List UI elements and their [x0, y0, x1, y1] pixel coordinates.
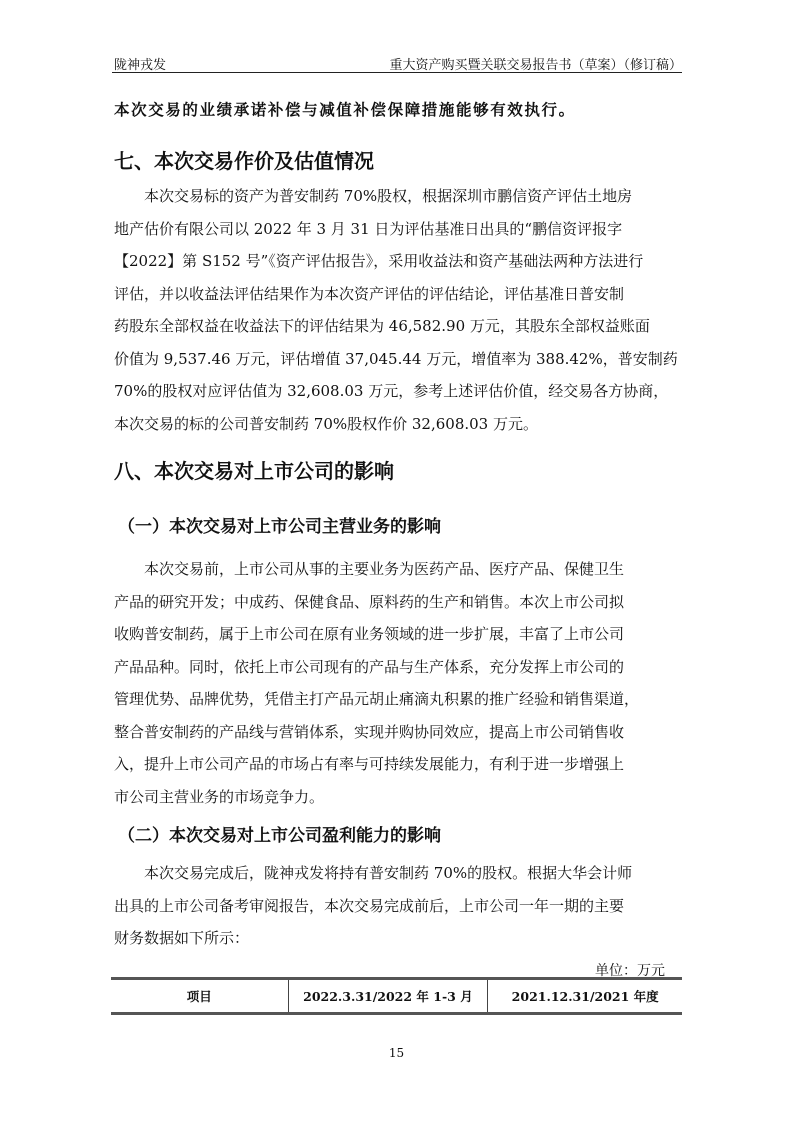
paragraph-line: 产品品种。同时，依托上市公司现有的产品与生产体系，充分发挥上市公司的	[114, 651, 684, 684]
paragraph-line: 整合普安制药的产品线与营销体系，实现并购协同效应，提高上市公司销售收	[114, 716, 684, 749]
financial-data-table: 项目 2022.3.31/2022 年 1-3 月 2021.12.31/202…	[111, 977, 682, 1015]
paragraph-line: 70%的股权对应评估值为 32,608.03 万元，参考上述评估价值，经交易各方…	[114, 375, 684, 408]
section-7-paragraph: 本次交易标的资产为普安制药 70%股权，根据深圳市鹏信资产评估土地房 地产估价有…	[114, 180, 684, 440]
paragraph-line: 【2022】第 S152 号”《资产评估报告》，采用收益法和资产基础法两种方法进…	[114, 245, 684, 278]
paragraph-line: 市公司主营业务的市场竞争力。	[114, 781, 684, 814]
table-header-2021: 2021.12.31/2021 年度	[488, 979, 682, 1014]
section-8-1-title: （一）本次交易对上市公司主营业务的影响	[118, 512, 441, 537]
section-8-title: 八、本次交易对上市公司的影响	[114, 455, 394, 484]
paragraph-line: 财务数据如下所示：	[114, 922, 684, 955]
paragraph-line: 评估，并以收益法评估结果作为本次资产评估的评估结论，评估基准日普安制	[114, 278, 684, 311]
table-header-2022q1: 2022.3.31/2022 年 1-3 月	[288, 979, 488, 1014]
paragraph-line: 本次交易标的资产为普安制药 70%股权，根据深圳市鹏信资产评估土地房	[114, 180, 684, 213]
section-8-1-paragraph: 本次交易前，上市公司从事的主要业务为医药产品、医疗产品、保健卫生 产品的研究开发…	[114, 553, 684, 813]
paragraph-line: 产品的研究开发；中成药、保健食品、原料药的生产和销售。本次上市公司拟	[114, 586, 684, 619]
paragraph-line: 地产估价有限公司以 2022 年 3 月 31 日为评估基准日出具的“鹏信资评报…	[114, 213, 684, 246]
paragraph-line: 本次交易完成后，陇神戎发将持有普安制药 70%的股权。根据大华会计师	[114, 857, 684, 890]
paragraph-line: 本次交易的标的公司普安制药 70%股权作价 32,608.03 万元。	[114, 408, 684, 441]
section-7-title: 七、本次交易作价及估值情况	[114, 145, 374, 174]
paragraph-line: 入，提升上市公司产品的市场占有率与可持续发展能力，有利于进一步增强上	[114, 748, 684, 781]
paragraph-line: 本次交易前，上市公司从事的主要业务为医药产品、医疗产品、保健卫生	[114, 553, 684, 586]
table-header-item: 项目	[111, 979, 288, 1014]
paragraph-line: 收购普安制药，属于上市公司在原有业务领域的进一步扩展，丰富了上市公司	[114, 618, 684, 651]
page-number: 15	[0, 1046, 793, 1060]
paragraph-line: 出具的上市公司备考审阅报告，本次交易完成前后，上市公司一年一期的主要	[114, 890, 684, 923]
paragraph-line: 价值为 9,537.46 万元，评估增值 37,045.44 万元，增值率为 3…	[114, 343, 684, 376]
page-header: 陇神戎发 重大资产购买暨关联交易报告书（草案）（修订稿）	[112, 50, 682, 73]
header-company: 陇神戎发	[114, 54, 166, 73]
header-doc-title: 重大资产购买暨关联交易报告书（草案）（修订稿）	[389, 54, 682, 73]
paragraph-line: 药股东全部权益在收益法下的评估结果为 46,582.90 万元，其股东全部权益账…	[114, 310, 684, 343]
section-8-2-title: （二）本次交易对上市公司盈利能力的影响	[118, 821, 441, 846]
intro-line: 本次交易的业绩承诺补偿与减值补偿保障措施能够有效执行。	[114, 98, 576, 120]
paragraph-line: 管理优势、品牌优势，凭借主打产品元胡止痛滴丸积累的推广经验和销售渠道，	[114, 683, 684, 716]
section-8-2-paragraph: 本次交易完成后，陇神戎发将持有普安制药 70%的股权。根据大华会计师 出具的上市…	[114, 857, 684, 955]
